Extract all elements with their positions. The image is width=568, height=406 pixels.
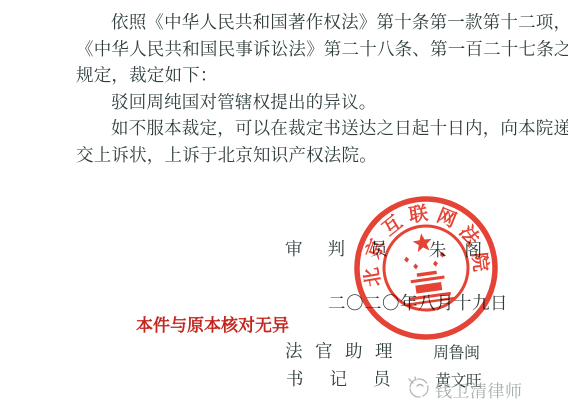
court-ruling-document: 依照《中华人民共和国著作权法》第十条第一款第十二项， 《中华人民共和国民事诉讼法… bbox=[0, 0, 568, 406]
lawyer-watermark: 钱卫清律师 bbox=[405, 374, 523, 402]
judge-title: 审判员 bbox=[285, 236, 413, 261]
ruling-body: 依照《中华人民共和国著作权法》第十条第一款第十二项， 《中华人民共和国民事诉讼法… bbox=[76, 9, 534, 169]
court-clerk-title: 书记员 bbox=[286, 366, 417, 391]
body-line: 交上诉状，上诉于北京知识产权法院。 bbox=[76, 142, 534, 169]
judge-assistant-name: 周鲁闽 bbox=[433, 340, 480, 363]
lawyer-watermark-logo-icon bbox=[405, 374, 433, 401]
body-line: 依照《中华人民共和国著作权法》第十条第一款第十二项， bbox=[76, 9, 534, 36]
body-line: 《中华人民共和国民事诉讼法》第二十八条、第一百二十七条之 bbox=[76, 36, 534, 63]
body-line: 如不服本裁定，可以在裁定书送达之日起十日内，向本院递 bbox=[76, 115, 534, 142]
lawyer-watermark-text: 钱卫清律师 bbox=[435, 377, 523, 402]
court-seal-stamp: 北京互联网法院 bbox=[342, 184, 510, 352]
judge-assistant-title: 法官助理 bbox=[285, 338, 405, 363]
ruling-date: 二〇二〇年八月十九日 bbox=[328, 290, 508, 315]
seal-ring bbox=[348, 190, 504, 346]
judge-name: 朱阁 bbox=[429, 237, 500, 262]
body-line: 规定，裁定如下： bbox=[76, 62, 534, 89]
body-line: 驳回周纯国对管辖权提出的异议。 bbox=[76, 89, 534, 116]
verification-note: 本件与原本核对无异 bbox=[136, 311, 289, 336]
